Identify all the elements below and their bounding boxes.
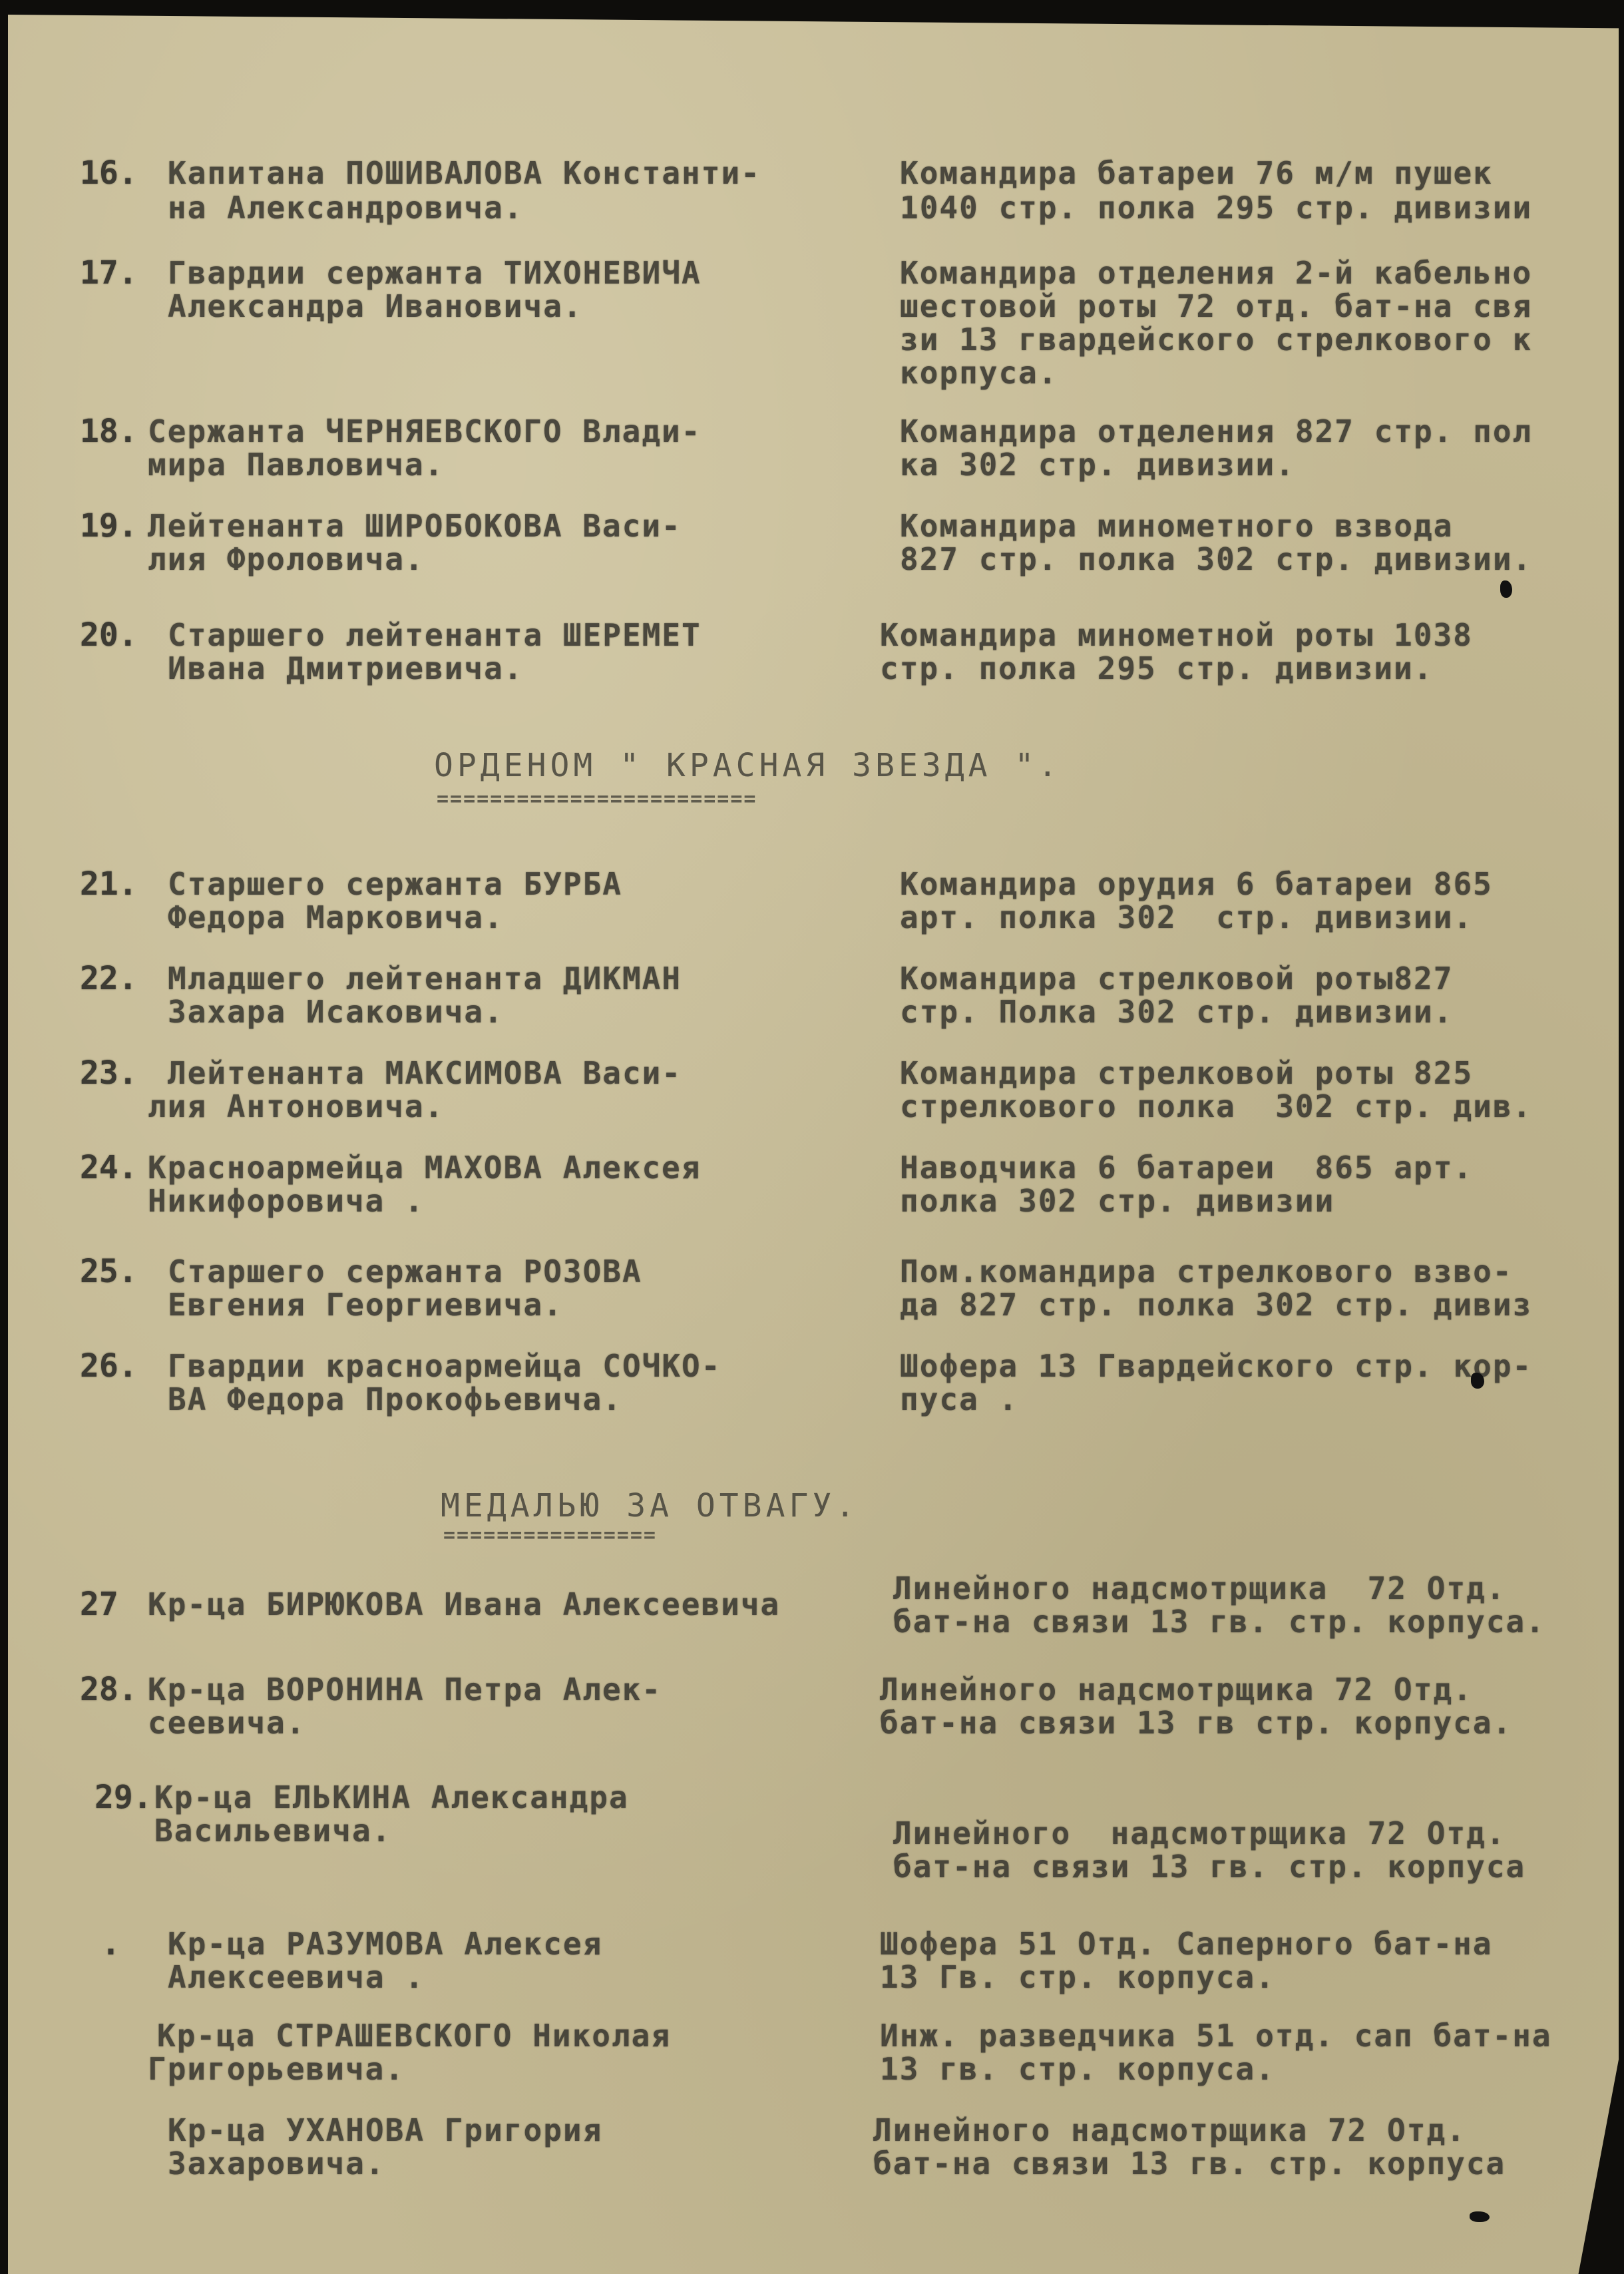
entry-post-line: Командира орудия 6 батареи 865 (900, 865, 1493, 903)
entry-post-line: Пом.командира стрелкового взво- (900, 1253, 1513, 1290)
entry-number: 16. (80, 154, 138, 192)
entry-post-line: бат-на связи 13 гв стр. корпуса. (880, 1704, 1512, 1741)
entry-name-line: Евгения Георгиевича. (168, 1286, 563, 1323)
entry-post-line: Командира стрелковой роты827 (900, 960, 1453, 997)
paper-hole (1500, 580, 1512, 598)
entry-post-line: бат-на связи 13 гв. стр. корпуса (873, 2145, 1506, 2182)
entry-number: 18. (80, 413, 138, 450)
entry-post-line: Линейного надсмотрщика 72 Отд. (880, 1671, 1473, 1708)
entry-post-line: Командира стрелковой роты 825 (900, 1054, 1473, 1092)
entry-name-line: Гвардии сержанта ТИХОНЕВИЧА (168, 254, 702, 292)
entry-name-line: Захаровича. (168, 2145, 385, 2182)
entry-name-line: Младшего лейтенанта ДИКМАН (168, 960, 682, 997)
entry-name-line: Кр-ца УХАНОВА Григория (168, 2112, 602, 2149)
entry-name-line: Никифоровича . (148, 1182, 425, 1220)
entry-post-line: Линейного надсмотрщика 72 Отд. (893, 1815, 1506, 1852)
entry-name-line: Кр-ца СТРАШЕВСКОГО Николая (157, 2017, 671, 2054)
entry-number: 17. (80, 254, 138, 292)
entry-name-line: Старшего лейтенанта ШЕРЕМЕТ (168, 616, 702, 654)
entry-name-line: Старшего сержанта БУРБА (168, 865, 622, 903)
entry-name-line: Федора Марковича. (168, 899, 504, 936)
entry-number: 21. (80, 865, 138, 903)
entry-name-line: Капитана ПОШИВАЛОВА Константи- (168, 154, 761, 192)
entry-post-line: 1040 стр. полка 295 стр. дивизии (900, 189, 1532, 226)
paper-hole (1471, 1373, 1484, 1389)
entry-name-line: Ивана Дмитриевича. (168, 650, 524, 687)
entry-name-line: Кр-ца РАЗУМОВА Алексея (168, 1925, 602, 1962)
entry-name-line: на Александровича. (168, 189, 524, 226)
entry-name-line: мира Павловича. (148, 446, 444, 483)
section-heading-red-star: ОРДЕНОМ " КРАСНАЯ ЗВЕЗДА ". (434, 747, 1061, 784)
section-heading-medal-courage: МЕДАЛЬЮ ЗА ОТВАГУ. (441, 1487, 859, 1524)
entry-number: 22. (80, 960, 138, 997)
entry-post-line: Линейного надсмотрщика 72 Отд. (873, 2112, 1466, 2149)
entry-name-line: Алексеевича . (168, 1958, 425, 1996)
entry-name-line: Григорьевича. (148, 2050, 405, 2088)
entry-post-line: 827 стр. полка 302 стр. дивизии. (900, 541, 1532, 578)
entry-name-line: Гвардии красноармейца СОЧКО- (168, 1347, 721, 1385)
entry-name-line: Кр-ца БИРЮКОВА Ивана Алексеевича (148, 1586, 780, 1623)
document-page: 16. Капитана ПОШИВАЛОВА Константи- на Ал… (8, 15, 1619, 2274)
entry-post-line: Шофера 13 Гвардейского стр. кор- (900, 1347, 1532, 1385)
entry-post-line: Наводчика 6 батареи 865 арт. (900, 1149, 1473, 1186)
entry-number: 23. (80, 1054, 138, 1092)
entry-post-line: корпуса. (900, 354, 1058, 391)
entry-name-line: Кр-ца ВОРОНИНА Петра Алек- (148, 1671, 662, 1708)
entry-post-line: шестовой роты 72 отд. бат-на свя (900, 288, 1532, 325)
entry-name-line: Старшего сержанта РОЗОВА (168, 1253, 642, 1290)
entry-post-line: стр. Полка 302 стр. дивизии. (900, 993, 1453, 1030)
entry-post-line: Инж. разведчика 51 отд. сап бат-на (880, 2017, 1552, 2054)
entry-number: 27 (80, 1586, 118, 1623)
entry-name-line: Кр-ца ЕЛЬКИНА Александра (154, 1779, 629, 1816)
entry-post-line: 13 гв. стр. корпуса. (880, 2050, 1275, 2088)
entry-post-line: Командира минометного взвода (900, 507, 1453, 545)
entry-post-line: Командира отделения 827 стр. пол (900, 413, 1532, 450)
entry-number: 28. (80, 1671, 138, 1708)
entry-post-line: да 827 стр. полка 302 стр. дивиз (900, 1286, 1532, 1323)
heading-underline: ================ (443, 1526, 657, 1546)
entry-post-line: арт. полка 302 стр. дивизии. (900, 899, 1473, 936)
entry-post-line: стр. полка 295 стр. дивизии. (880, 650, 1433, 687)
entry-post-line: полка 302 стр. дивизии (900, 1182, 1334, 1220)
entry-post-line: стрелкового полка 302 стр. див. (900, 1088, 1532, 1125)
entry-post-line: бат-на связи 13 гв. стр. корпуса (893, 1848, 1525, 1885)
entry-post-line: ка 302 стр. дивизии. (900, 446, 1295, 483)
entry-name-line: Александра Ивановича. (168, 288, 583, 325)
entry-name-line: Лейтенанта ШИРОБОКОВА Васи- (148, 507, 682, 545)
entry-post-line: Командира батареи 76 м/м пушек (900, 154, 1493, 192)
entry-post-line: бат-на связи 13 гв. стр. корпуса. (893, 1603, 1545, 1640)
entry-name-line: Васильевича. (154, 1812, 391, 1849)
entry-number: 26. (80, 1347, 138, 1385)
entry-number: 19. (80, 507, 138, 545)
entry-number: 20. (80, 616, 138, 654)
heading-underline: ======================== (437, 790, 757, 809)
entry-name-line: Захара Исаковича. (168, 993, 504, 1030)
entry-number: . (101, 1925, 120, 1962)
entry-post-line: Командира минометной роты 1038 (880, 616, 1473, 654)
entry-post-line: Линейного надсмотрщика 72 Отд. (893, 1570, 1506, 1607)
entry-name-line: Сержанта ЧЕРНЯЕВСКОГО Влади- (148, 413, 701, 450)
entry-name-line: ВА Федора Прокофьевича. (168, 1381, 622, 1418)
entry-post-line: пуса . (900, 1381, 1018, 1418)
entry-name-line: Лейтенанта МАКСИМОВА Васи- (168, 1054, 682, 1092)
paper-hole (1470, 2211, 1490, 2222)
entry-post-line: Шофера 51 Отд. Саперного бат-на (880, 1925, 1493, 1962)
entry-post-line: 13 Гв. стр. корпуса. (880, 1958, 1275, 1996)
entry-number: 24. (80, 1149, 138, 1186)
entry-name-line: Красноармейца МАХОВА Алексея (148, 1149, 701, 1186)
entry-name-line: лия Антоновича. (148, 1088, 444, 1125)
entry-name-line: лия Фроловича. (148, 541, 425, 578)
entry-number: 29. (95, 1779, 152, 1816)
entry-number: 25. (80, 1253, 138, 1290)
entry-name-line: сеевича. (148, 1704, 306, 1741)
entry-post-line: зи 13 гвардейского стрелкового к (900, 321, 1532, 358)
entry-post-line: Командира отделения 2-й кабельно (900, 254, 1532, 292)
